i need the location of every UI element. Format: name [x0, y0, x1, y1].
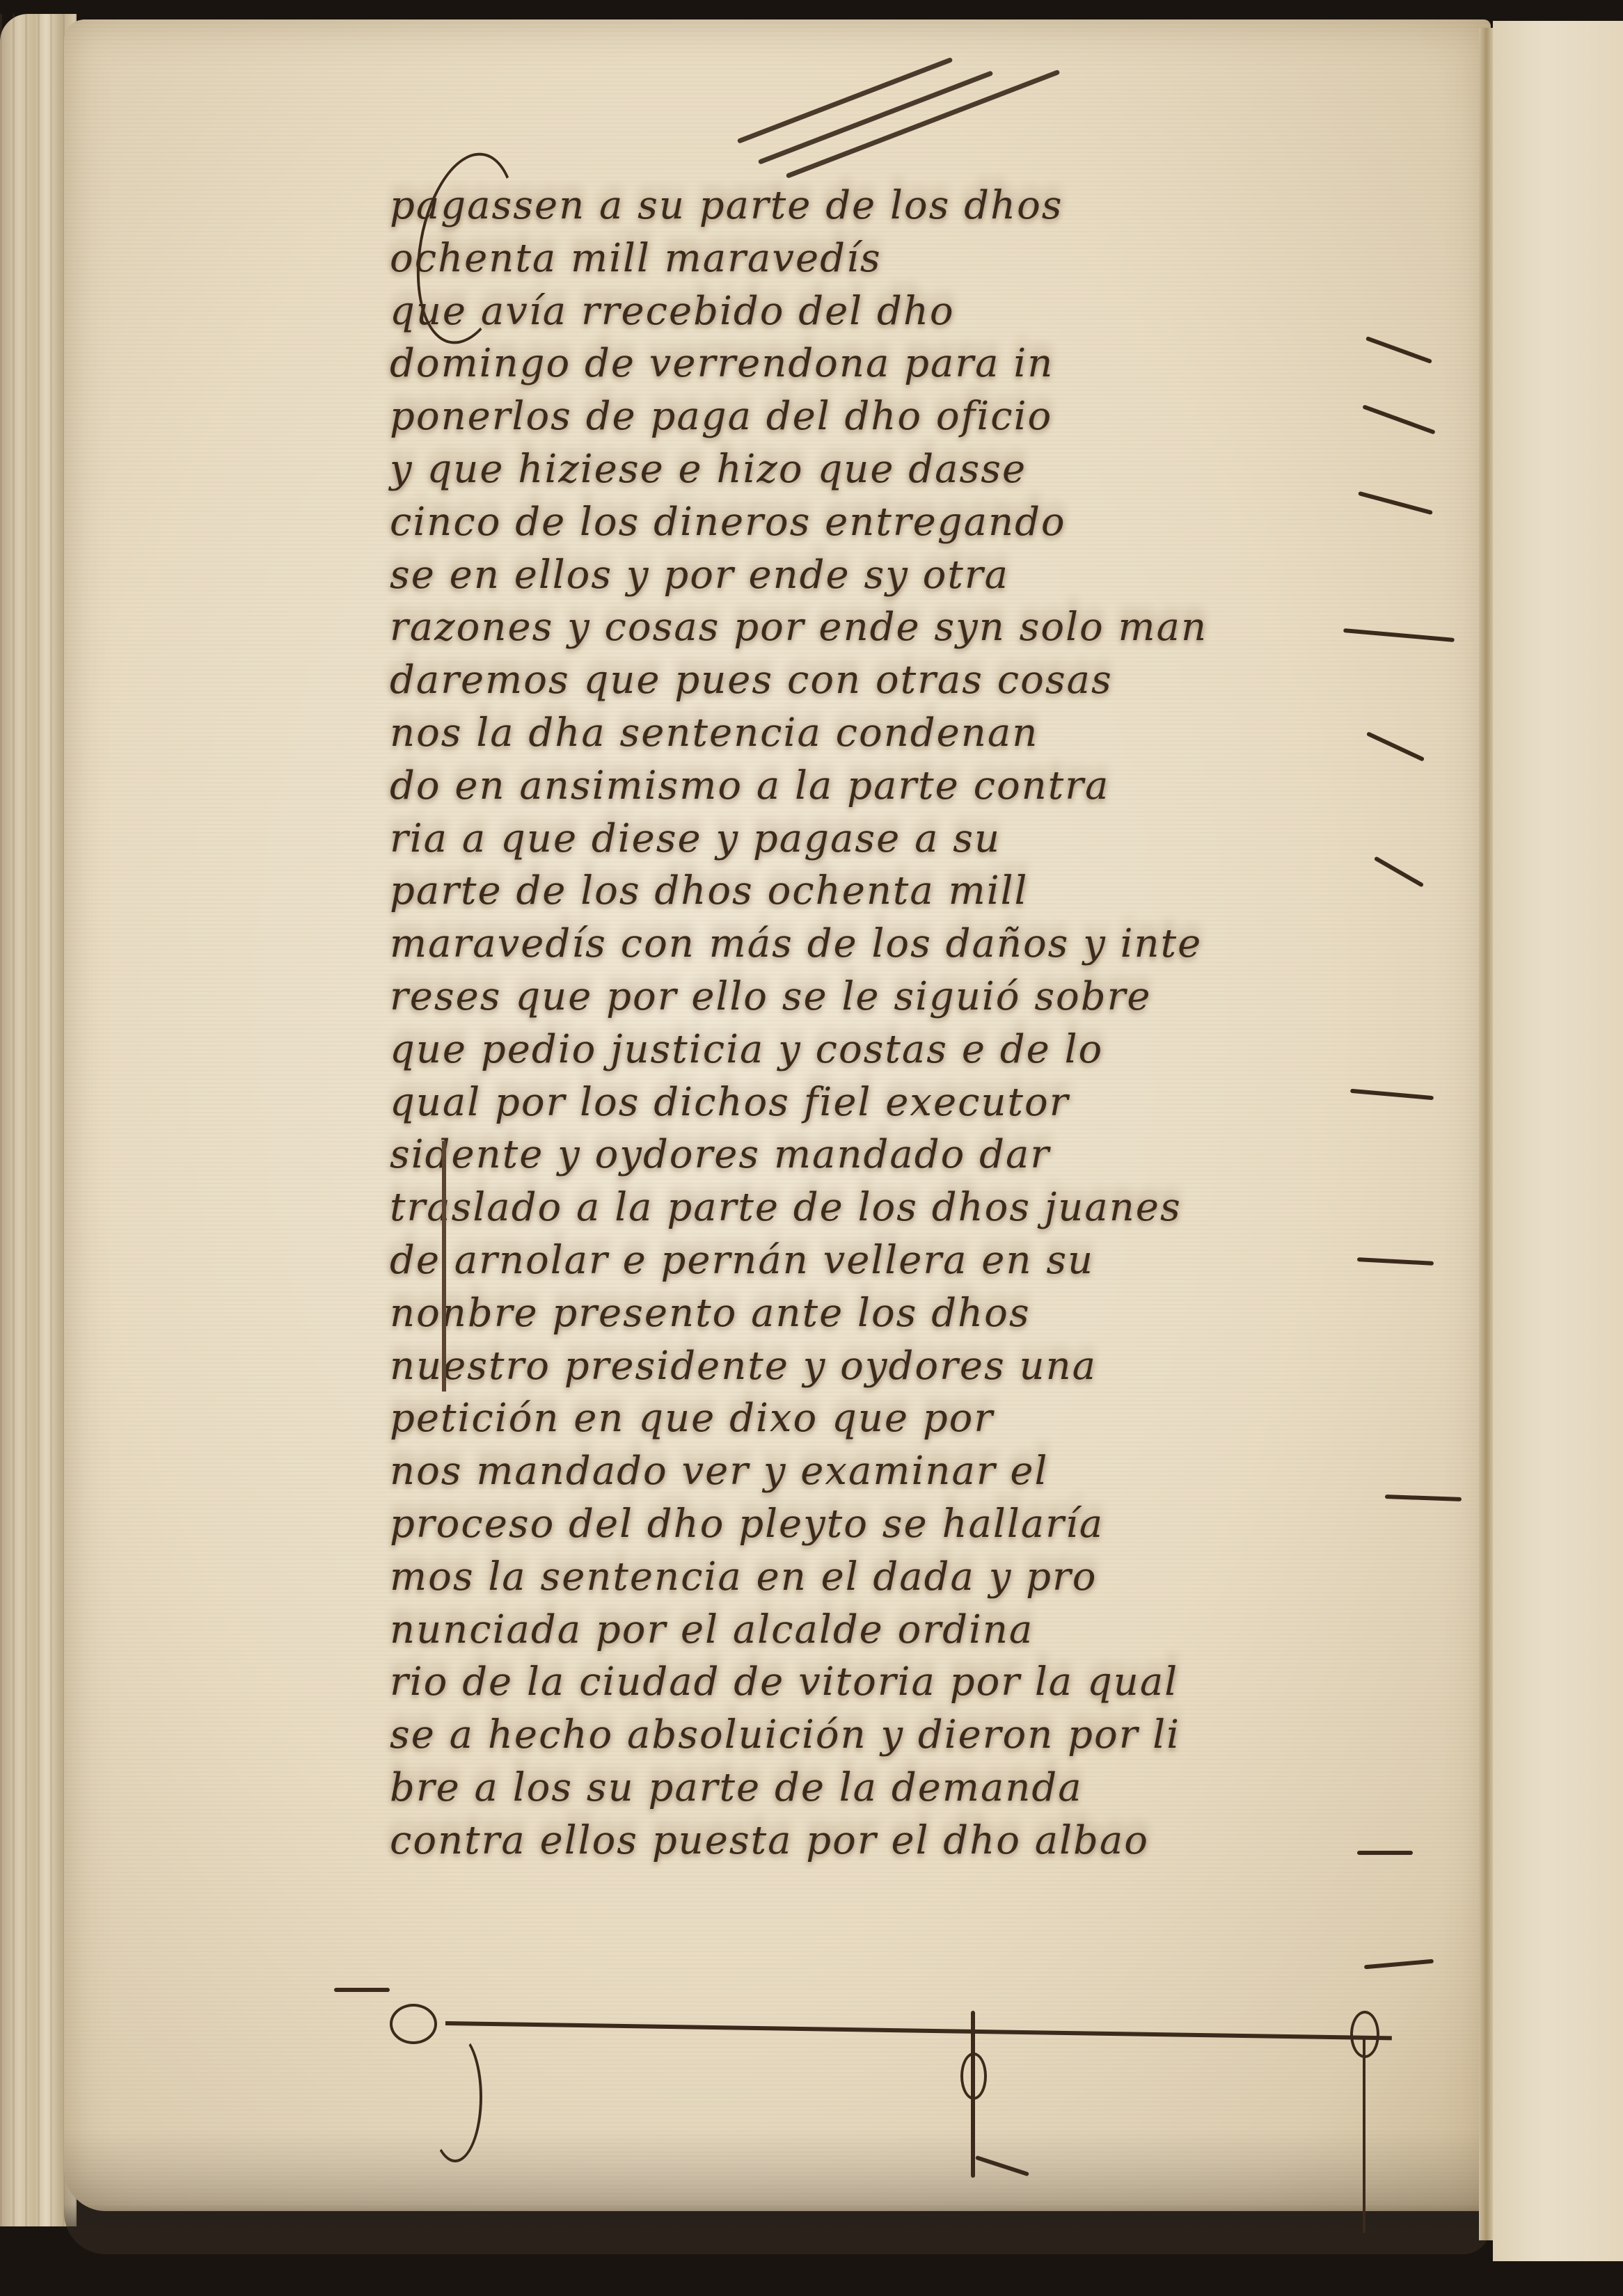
- manuscript-line: qual por los dichos fiel executor: [390, 1076, 1420, 1129]
- manuscript-line: que avía rrecebido del dho: [390, 285, 1420, 338]
- manuscript-line: pagassen a su parte de los dhos: [390, 180, 1420, 232]
- manuscript-line: parte de los dhos ochenta mill: [390, 865, 1420, 918]
- manuscript-line: nuestro presidente y oydores una: [390, 1340, 1420, 1393]
- manuscript-line: maravedís con más de los daños y inte: [390, 918, 1420, 971]
- line-filler-stroke: [1357, 1851, 1413, 1855]
- rubric-flourish-icon: [390, 2004, 437, 2044]
- manuscript-line: sidente y oydores mandado dar: [390, 1129, 1420, 1181]
- manuscript-line: nonbre presento ante los dhos: [390, 1287, 1420, 1340]
- manuscript-line: petición en que dixo que por: [390, 1392, 1420, 1445]
- manuscript-line: reses que por ello se le siguió sobre: [390, 971, 1420, 1023]
- manuscript-line: ria a que diese y pagase a su: [390, 813, 1420, 866]
- manuscript-line: mos la sentencia en el dada y pro: [390, 1551, 1420, 1604]
- manuscript-line: se a hecho absoluición y dieron por li: [390, 1709, 1420, 1762]
- manuscript-line: de arnolar e pernán vellera en su: [390, 1234, 1420, 1287]
- book-gutter: [1479, 28, 1494, 2240]
- manuscript-line: traslado a la parte de los dhos juanes: [390, 1181, 1420, 1234]
- facing-page-edge: [1493, 21, 1623, 2261]
- manuscript-line: contra ellos puesta por el dho albao: [390, 1815, 1420, 1867]
- manuscript-line: ochenta mill maravedís: [390, 232, 1420, 285]
- manuscript-line: nunciada por el alcalde ordina: [390, 1604, 1420, 1657]
- rubric-flourish-icon: [428, 2032, 482, 2162]
- manuscript-scan: pagassen a su parte de los dhosochenta m…: [0, 0, 1623, 2296]
- marginal-bracket: [442, 1141, 446, 1392]
- rubric-stem: [1363, 2039, 1365, 2233]
- manuscript-line: proceso del dho pleyto se hallaría: [390, 1498, 1420, 1551]
- manuscript-line: rio de la ciudad de vitoria por la qual: [390, 1656, 1420, 1709]
- manuscript-text: pagassen a su parte de los dhosochenta m…: [390, 180, 1420, 1867]
- rubric-flourish-icon: [960, 2052, 987, 2100]
- manuscript-line: se en ellos y por ende sy otra: [390, 549, 1420, 602]
- manuscript-line: do en ansimismo a la parte contra: [390, 760, 1420, 813]
- manuscript-line: que pedio justicia y costas e de lo: [390, 1023, 1420, 1076]
- line-filler-stroke: [334, 1988, 390, 1992]
- manuscript-line: bre a los su parte de la demanda: [390, 1762, 1420, 1815]
- header-hatch-mark-icon: [738, 49, 1058, 160]
- manuscript-line: domingo de verrendona para in: [390, 337, 1420, 390]
- page-bottom-shadow: [64, 2129, 1491, 2254]
- manuscript-line: cinco de los dineros entregando: [390, 496, 1420, 549]
- manuscript-line: razones y cosas por ende syn solo man: [390, 601, 1420, 654]
- manuscript-line: y que hiziese e hizo que dasse: [390, 443, 1420, 496]
- manuscript-line: daremos que pues con otras cosas: [390, 654, 1420, 707]
- manuscript-line: ponerlos de paga del dho oficio: [390, 390, 1420, 443]
- manuscript-line: nos mandado ver y examinar el: [390, 1445, 1420, 1498]
- manuscript-line: nos la dha sentencia condenan: [390, 707, 1420, 760]
